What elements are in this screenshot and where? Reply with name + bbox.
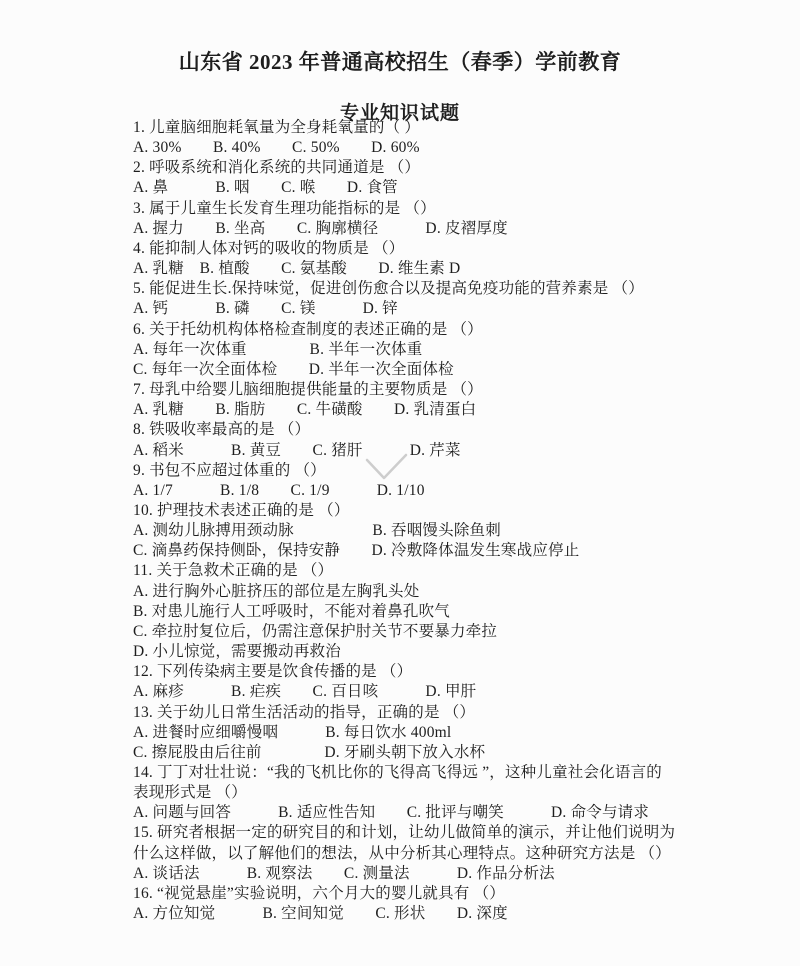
exam-text-line: 表现形式是 （） <box>133 783 713 803</box>
exam-text-line: D. 小儿惊觉，需要搬动再救治 <box>133 642 713 662</box>
exam-text-line: 15. 研究者根据一定的研究目的和计划，让幼儿做简单的演示，并让他们说明为 <box>133 823 713 843</box>
exam-text-line: A. 方位知觉 B. 空间知觉 C. 形状 D. 深度 <box>133 904 713 924</box>
exam-text-line: A. 测幼儿脉搏用颈动脉 B. 吞咽馒头除鱼刺 <box>133 521 713 541</box>
exam-text-line: 8. 铁吸收率最高的是 （） <box>133 420 713 440</box>
exam-text-line: A. 钙 B. 磷 C. 镁 D. 锌 <box>133 299 713 319</box>
exam-text-line: 7. 母乳中给婴儿脑细胞提供能量的主要物质是 （） <box>133 380 713 400</box>
exam-text-line: A. 进餐时应细嚼慢咽 B. 每日饮水 400ml <box>133 723 713 743</box>
exam-text-line: A. 鼻 B. 咽 C. 喉 D. 食管 <box>133 178 713 198</box>
exam-text-line: 9. 书包不应超过体重的 （） <box>133 461 713 481</box>
exam-text-line: 2. 呼吸系统和消化系统的共同通道是 （） <box>133 158 713 178</box>
exam-text-line: 16. “视觉悬崖”实验说明，六个月大的婴儿就具有 （） <box>133 884 713 904</box>
exam-text-line: 4. 能抑制人体对钙的吸收的物质是 （） <box>133 239 713 259</box>
exam-text-line: 1. 儿童脑细胞耗氧量为全身耗氧量的（ ） <box>133 118 713 138</box>
exam-text-line: C. 每年一次全面体检 D. 半年一次全面体检 <box>133 360 713 380</box>
exam-text-line: A. 30% B. 40% C. 50% D. 60% <box>133 138 713 158</box>
exam-text-line: B. 对患儿施行人工呼吸时，不能对着鼻孔吹气 <box>133 602 713 622</box>
exam-text-line: A. 握力 B. 坐高 C. 胸廓横径 D. 皮褶厚度 <box>133 219 713 239</box>
exam-text-line: A. 谈话法 B. 观察法 C. 测量法 D. 作品分析法 <box>133 864 713 884</box>
exam-text-line: C. 牵拉肘复位后，仍需注意保护肘关节不要暴力牵拉 <box>133 622 713 642</box>
page-title: 山东省 2023 年普通高校招生（春季）学前教育 <box>0 0 800 76</box>
exam-text-line: 5. 能促进生长.保持味觉，促进创伤愈合以及提高免疫功能的营养素是 （） <box>133 279 713 299</box>
exam-text-line: 12. 下列传染病主要是饮食传播的是 （） <box>133 662 713 682</box>
exam-text-line: 6. 关于托幼机构体格检查制度的表述正确的是 （） <box>133 320 713 340</box>
exam-text-line: A. 进行胸外心脏挤压的部位是左胸乳头处 <box>133 582 713 602</box>
exam-text-line: C. 滴鼻药保持侧卧，保持安静 D. 冷敷降体温发生寒战应停止 <box>133 541 713 561</box>
exam-text-line: A. 乳糖 B. 脂肪 C. 牛磺酸 D. 乳清蛋白 <box>133 400 713 420</box>
exam-text-line: A. 1/7 B. 1/8 C. 1/9 D. 1/10 <box>133 481 713 501</box>
exam-text-line: A. 稻米 B. 黄豆 C. 猪肝 D. 芹菜 <box>133 441 713 461</box>
exam-text-line: A. 麻疹 B. 疟疾 C. 百日咳 D. 甲肝 <box>133 682 713 702</box>
exam-text-line: 3. 属于儿童生长发育生理功能指标的是 （） <box>133 199 713 219</box>
exam-text-line: 13. 关于幼儿日常生活活动的指导，正确的是 （） <box>133 703 713 723</box>
stray-pen-mark-icon <box>362 450 412 490</box>
exam-page: 山东省 2023 年普通高校招生（春季）学前教育 专业知识试题 1. 儿童脑细胞… <box>0 0 800 966</box>
exam-text-line: A. 乳糖 B. 植酸 C. 氨基酸 D. 维生素 D <box>133 259 713 279</box>
exam-text-line: 11. 关于急救术正确的是 （） <box>133 561 713 581</box>
exam-text-line: 什么这样做，以了解他们的想法，从中分析其心理特点。这种研究方法是 （） <box>133 844 713 864</box>
exam-text-line: A. 每年一次体重 B. 半年一次体重 <box>133 340 713 360</box>
exam-text-line: C. 擦屁股由后往前 D. 牙刷头朝下放入水杯 <box>133 743 713 763</box>
exam-body: 1. 儿童脑细胞耗氧量为全身耗氧量的（ ）A. 30% B. 40% C. 50… <box>133 118 713 924</box>
exam-text-line: 14. 丁丁对壮壮说：“我的飞机比你的飞得高飞得远 ”，这种儿童社会化语言的 <box>133 763 713 783</box>
exam-text-line: 10. 护理技术表述正确的是 （） <box>133 501 713 521</box>
exam-text-line: A. 问题与回答 B. 适应性告知 C. 批评与嘲笑 D. 命令与请求 <box>133 803 713 823</box>
